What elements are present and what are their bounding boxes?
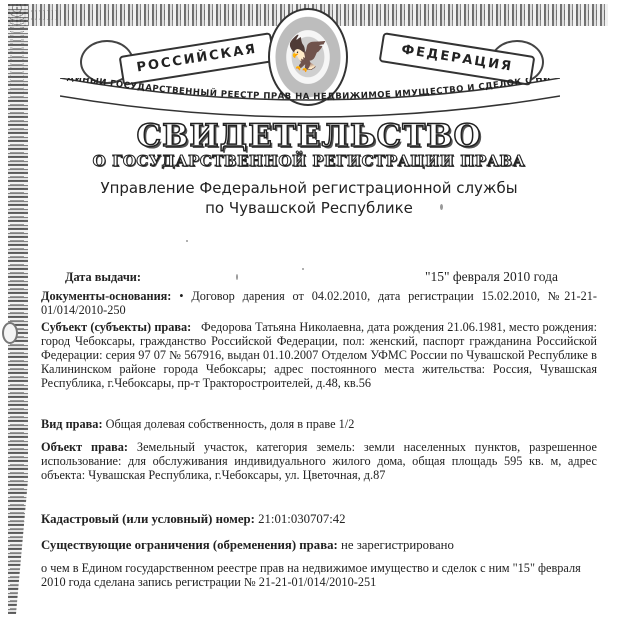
agency-line-1: Управление Федеральной регистрационной с… [0, 178, 618, 198]
scan-speck [236, 274, 238, 280]
restrictions-value: не зарегистрировано [341, 538, 454, 552]
ribbon-left-text: РОССИЙСКАЯ [121, 34, 273, 83]
document-subtitle: О ГОСУДАРСТВЕННОЙ РЕГИСТРАЦИИ ПРАВА [0, 152, 618, 170]
registration-record: о чем в Едином государственном реестре п… [41, 561, 597, 589]
cadastral-number-field: Кадастровый (или условный) номер: 21:01:… [41, 512, 597, 526]
issue-date-field: Дата выдачи: "15" февраля 2010 года [41, 270, 597, 284]
subject-label: Субъект (субъекты) права: [41, 320, 191, 334]
documents-field: Документы-основания: • Договор дарения о… [41, 289, 597, 317]
document-title: СВИДЕТЕЛЬСТВО [0, 118, 618, 154]
scan-speck [440, 204, 443, 210]
scan-speck [302, 268, 304, 270]
scan-speck [186, 240, 188, 242]
registry-band-text: ЕДИНЫЙ ГОСУДАРСТВЕННЫЙ РЕЕСТР ПРАВ НА НЕ… [60, 78, 551, 102]
subject-field: Субъект (субъекты) права: Федорова Татья… [41, 320, 597, 390]
right-kind-field: Вид права: Общая долевая собственность, … [41, 417, 597, 431]
restrictions-label: Существующие ограничения (обременения) п… [41, 538, 338, 552]
double-headed-eagle-icon: 🦅 [270, 34, 346, 74]
object-field: Объект права: Земельный участок, категор… [41, 440, 597, 482]
right-kind-label: Вид права: [41, 417, 103, 431]
svg-text:ЕДИНЫЙ ГОСУДАРСТВЕННЫЙ РЕЕСТР: ЕДИНЫЙ ГОСУДАРСТВЕННЫЙ РЕЕСТР ПРАВ НА НЕ… [60, 78, 551, 102]
issue-date-value: "15" февраля 2010 года [425, 270, 558, 284]
agency-line-2: по Чувашской Республике [0, 198, 618, 218]
ornamental-border-left [8, 4, 28, 614]
documents-label: Документы-основания: [41, 289, 171, 303]
registry-band-svg: ЕДИНЫЙ ГОСУДАРСТВЕННЫЙ РЕЕСТР ПРАВ НА НЕ… [60, 78, 560, 118]
right-kind-value: Общая долевая собственность, доля в прав… [106, 417, 355, 431]
restrictions-field: Существующие ограничения (обременения) п… [41, 538, 597, 552]
cadastral-label: Кадастровый (или условный) номер: [41, 512, 255, 526]
issue-date-label: Дата выдачи: [65, 270, 141, 284]
object-label: Объект права: [41, 440, 128, 454]
registry-band: ЕДИНЫЙ ГОСУДАРСТВЕННЫЙ РЕЕСТР ПРАВ НА НЕ… [60, 78, 560, 118]
cadastral-value: 21:01:030707:42 [258, 512, 345, 526]
emblem-header: РОССИЙСКАЯ ФЕДЕРАЦИЯ 🦅 ЕДИНЫЙ ГОСУДАРСТВ… [60, 0, 560, 110]
binder-hole [2, 322, 18, 344]
issuing-agency: Управление Федеральной регистрационной с… [0, 178, 618, 218]
